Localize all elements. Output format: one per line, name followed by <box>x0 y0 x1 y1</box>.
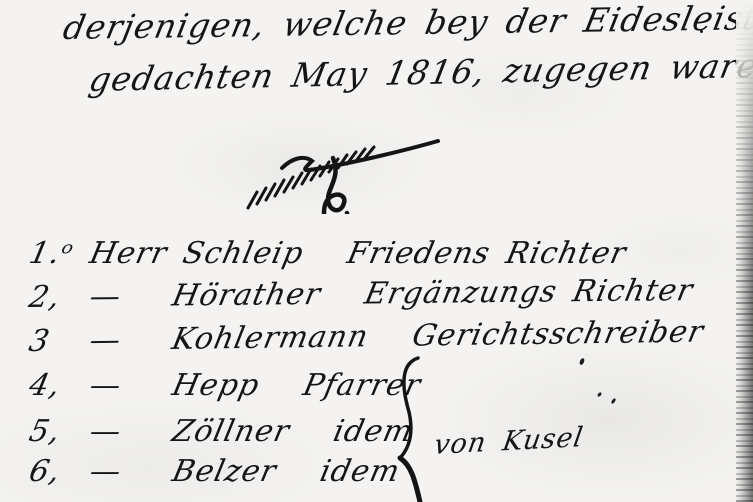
roster-row: 6, — Belzer idem <box>26 454 403 489</box>
row-name: Hörather <box>169 277 324 314</box>
row-dash: — <box>87 322 160 358</box>
row-name: Kohlermann <box>169 319 372 357</box>
ink-flourish-icon <box>230 112 442 214</box>
scan-edge-shadow <box>736 0 753 502</box>
row-role: Ergänzungs Richter <box>362 273 697 312</box>
header-line-2: gedachten May 1816, zugegen waren. <box>86 45 753 99</box>
brace-label: von Kusel <box>432 422 586 461</box>
ink-speck <box>597 392 603 398</box>
row-role: idem <box>317 454 403 489</box>
row-name: Belzer <box>169 454 280 489</box>
ink-speck <box>700 30 703 33</box>
row-number: 3 <box>26 323 77 359</box>
row-name: Herr Schleip <box>87 236 307 271</box>
ink-speck <box>579 357 586 365</box>
row-role: Friedens Richter <box>344 236 630 271</box>
roster-row: 1.ᵒ Herr Schleip Friedens Richter <box>26 236 630 271</box>
manuscript-scan: derjenigen, welche bey der Eidesleistung… <box>0 0 753 502</box>
row-dash: — <box>87 279 160 315</box>
roster-row: 3 — Kohlermann Gerichtsschreiber <box>26 314 707 359</box>
header-line-1: derjenigen, welche bey der Eidesleistung… <box>60 0 753 47</box>
row-number: 6, <box>26 454 77 489</box>
row-role: Gerichtsschreiber <box>409 314 707 353</box>
row-number: 2, <box>26 279 77 315</box>
row-name: Hepp <box>169 368 263 403</box>
row-name: Zöllner <box>169 414 293 449</box>
roster-row: 5, — Zöllner idem <box>26 414 417 449</box>
grouping-brace-icon <box>392 354 428 502</box>
row-number: 5, <box>26 414 77 449</box>
row-number: 4, <box>26 368 77 403</box>
row-dash: — <box>87 454 160 489</box>
row-dash: — <box>87 368 160 403</box>
roster-row: 2, — Hörather Ergänzungs Richter <box>26 273 696 315</box>
row-dash: — <box>87 414 160 449</box>
ink-speck <box>611 398 617 405</box>
roster-row: 4, — Hepp Pfarrer <box>26 368 424 403</box>
row-number: 1.ᵒ <box>26 236 77 271</box>
